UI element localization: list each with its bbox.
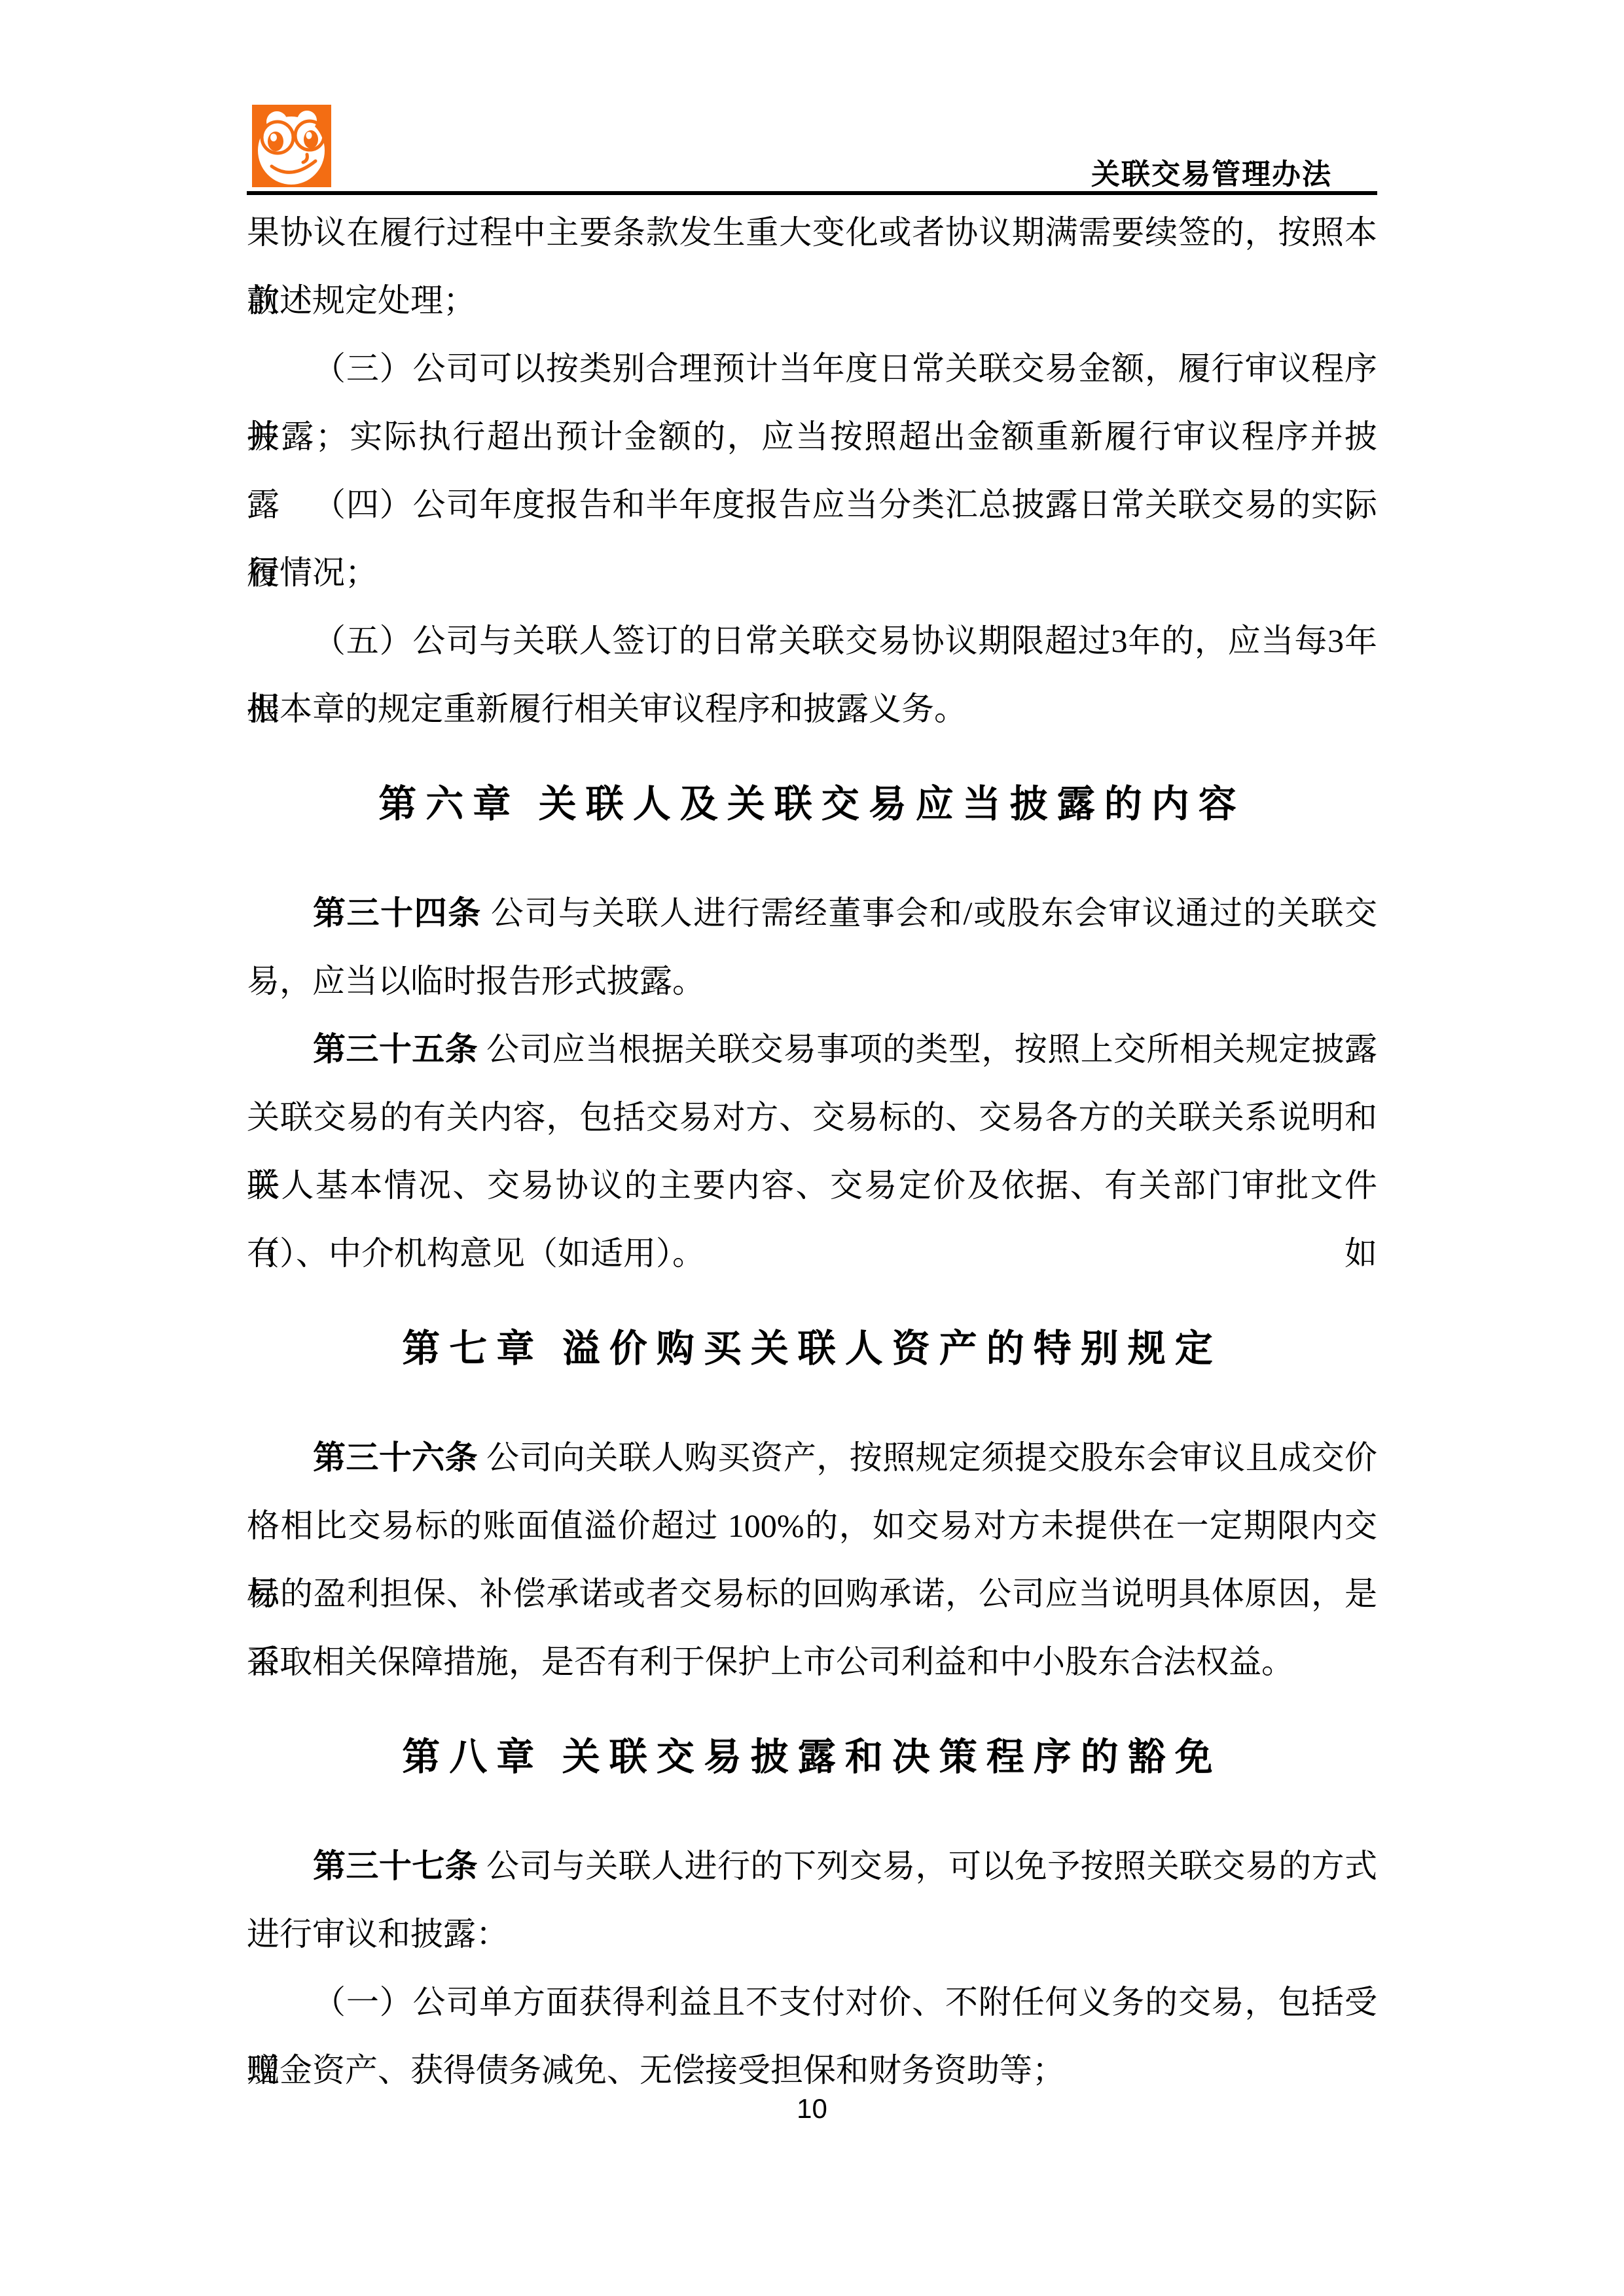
body-text: 前述规定处理； — [247, 282, 476, 319]
body-text: 行情况； — [247, 554, 378, 591]
chapter-heading: 第八章 关联交易披露和决策程序的豁免 — [247, 1723, 1377, 1791]
body-line: 采取相关保障措施，是否有利于保护上市公司利益和中小股东合法权益。 — [247, 1628, 1377, 1696]
body-line: 前述规定处理； — [247, 266, 1377, 334]
body-line: 第三十四条 公司与关联人进行需经董事会和/或股东会审议通过的关联交 — [247, 879, 1377, 947]
body-text: 现金资产、获得债务减免、无偿接受担保和财务资助等； — [247, 2052, 1065, 2089]
body-line: （一）公司单方面获得利益且不支付对价、不附任何义务的交易，包括受赠 — [247, 1968, 1377, 2036]
article-number: 第三十六条 — [313, 1439, 478, 1476]
body-line: （五）公司与关联人签订的日常关联交易协议期限超过3年的，应当每3年根 — [247, 607, 1377, 675]
body-line: 联人基本情况、交易协议的主要内容、交易定价及依据、有关部门审批文件（如 — [247, 1151, 1377, 1219]
body-text: 公司向关联人购买资产，按照规定须提交股东会审议且成交价 — [478, 1439, 1377, 1476]
header-divider — [247, 191, 1377, 195]
body-line: （四）公司年度报告和半年度报告应当分类汇总披露日常关联交易的实际履 — [247, 471, 1377, 539]
body-text: 公司与关联人进行需经董事会和/或股东会审议通过的关联交 — [482, 895, 1377, 931]
body-line: 标的盈利担保、补偿承诺或者交易标的回购承诺，公司应当说明具体原因，是否 — [247, 1560, 1377, 1628]
article-number: 第三十五条 — [313, 1031, 478, 1067]
document-header-title: 关联交易管理办法 — [1091, 151, 1332, 192]
body-text: 公司与关联人进行的下列交易，可以免予按照关联交易的方式 — [478, 1848, 1377, 1884]
body-line: 易，应当以临时报告形式披露。 — [247, 947, 1377, 1015]
body-line: 行情况； — [247, 539, 1377, 607]
body-line: 果协议在履行过程中主要条款发生重大变化或者协议期满需要续签的，按照本款 — [247, 198, 1377, 266]
document-page: 关联交易管理办法 果协议在履行过程中主要条款发生重大变化或者协议期满需要续签的，… — [0, 0, 1624, 2296]
smiley-face-icon — [252, 105, 331, 187]
body-text: 采取相关保障措施，是否有利于保护上市公司利益和中小股东合法权益。 — [247, 1643, 1294, 1680]
body-line: 第三十六条 公司向关联人购买资产，按照规定须提交股东会审议且成交价 — [247, 1424, 1377, 1492]
body-text: 进行审议和披露： — [247, 1916, 509, 1952]
body-line: 第三十七条 公司与关联人进行的下列交易，可以免予按照关联交易的方式 — [247, 1832, 1377, 1900]
body-line: 第三十五条 公司应当根据关联交易事项的类型，按照上交所相关规定披露 — [247, 1015, 1377, 1083]
body-text: 易，应当以临时报告形式披露。 — [247, 963, 705, 999]
article-number: 第三十四条 — [313, 895, 482, 931]
chapter-heading: 第六章 关联人及关联交易应当披露的内容 — [247, 770, 1377, 838]
body-line: 格相比交易标的账面值溢价超过 100%的，如交易对方未提供在一定期限内交易 — [247, 1492, 1377, 1560]
document-body: 果协议在履行过程中主要条款发生重大变化或者协议期满需要续签的，按照本款前述规定处… — [247, 198, 1377, 2104]
body-text: 据本章的规定重新履行相关审议程序和披露义务。 — [247, 691, 967, 727]
page-number: 10 — [0, 2093, 1624, 2125]
company-logo — [252, 105, 331, 187]
body-line: 据本章的规定重新履行相关审议程序和披露义务。 — [247, 675, 1377, 743]
chapter-heading: 第七章 溢价购买关联人资产的特别规定 — [247, 1315, 1377, 1383]
body-line: 披露；实际执行超出预计金额的，应当按照超出金额重新履行审议程序并披露； — [247, 403, 1377, 471]
article-number: 第三十七条 — [313, 1848, 478, 1884]
body-line: 关联交易的有关内容，包括交易对方、交易标的、交易各方的关联关系说明和关 — [247, 1083, 1377, 1151]
body-text: 有）、中介机构意见（如适用）。 — [247, 1235, 705, 1272]
body-line: 进行审议和披露： — [247, 1900, 1377, 1968]
body-line: （三）公司可以按类别合理预计当年度日常关联交易金额，履行审议程序并 — [247, 334, 1377, 403]
body-text: 公司应当根据关联交易事项的类型，按照上交所相关规定披露 — [478, 1031, 1377, 1067]
